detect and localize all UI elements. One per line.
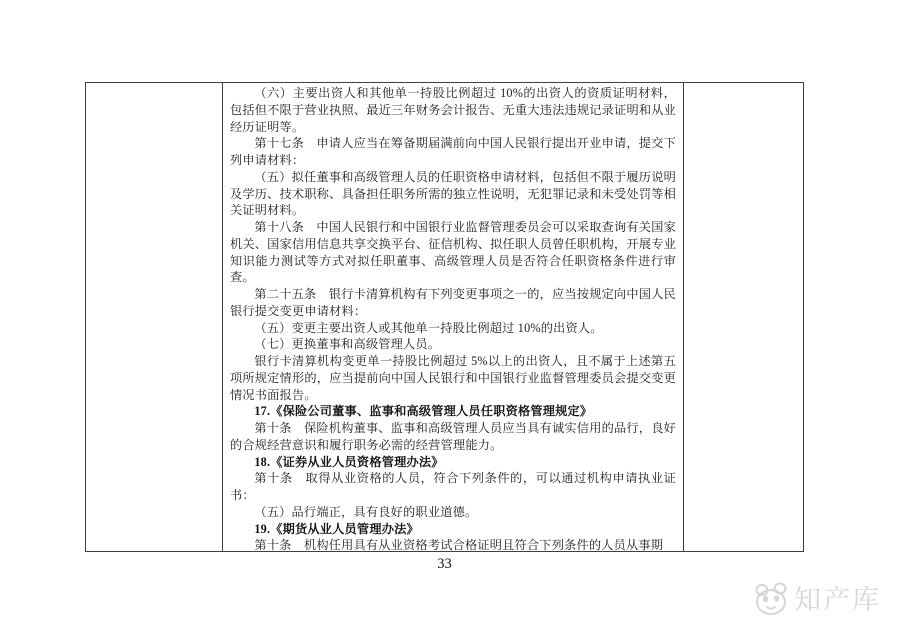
paragraph: 第十八条 中国人民银行和中国银行业监督管理委员会可以采取查询有关国家机关、国家信… (230, 219, 676, 286)
paragraph: （五）变更主要出资人或其他单一持股比例超过 10%的出资人。 (230, 320, 676, 337)
paragraph: （五）拟任董事和高级管理人员的任职资格申请材料，包括但不限于履历说明及学历、技术… (230, 169, 676, 219)
table-main-column: （六）主要出资人和其他单一持股比例超过 10%的出资人的资质证明材料，包括但不限… (223, 83, 684, 551)
page-number: 33 (85, 556, 804, 573)
paragraph: 第十条 取得从业资格的人员，符合下列条件的，可以通过机构申请执业证书： (230, 470, 676, 504)
watermark: 知产库 (751, 582, 881, 618)
panda-logo-icon (751, 582, 791, 618)
paragraph: 第十条 机构任用具有从业资格考试合格证明且符合下列条件的人员从事期 (230, 537, 676, 551)
paragraph: 18.《证券从业人员资格管理办法》 (230, 454, 676, 471)
paragraph: （五）品行端正，具有良好的职业道德。 (230, 504, 676, 521)
paragraph: （六）主要出资人和其他单一持股比例超过 10%的出资人的资质证明材料，包括但不限… (230, 85, 676, 135)
paragraph: 第十条 保险机构董事、监事和高级管理人员应当具有诚实信用的品行，良好的合规经营意… (230, 420, 676, 454)
table-left-column (86, 83, 223, 551)
paragraph: 银行卡清算机构变更单一持股比例超过 5%以上的出资人，且不属于上述第五项所规定情… (230, 353, 676, 403)
paragraph: 19.《期货从业人员管理办法》 (230, 521, 676, 538)
regulation-table: （六）主要出资人和其他单一持股比例超过 10%的出资人的资质证明材料，包括但不限… (85, 82, 804, 552)
paragraph: 第二十五条 银行卡清算机构有下列变更事项之一的，应当按规定向中国人民银行提交变更… (230, 286, 676, 320)
document-page: （六）主要出资人和其他单一持股比例超过 10%的出资人的资质证明材料，包括但不限… (0, 0, 900, 636)
paragraph: （七）更换董事和高级管理人员。 (230, 336, 676, 353)
watermark-label: 知产库 (794, 587, 881, 614)
table-right-column (684, 83, 803, 551)
paragraph: 第十七条 申请人应当在筹备期届满前向中国人民银行提出开业申请，提交下列申请材料： (230, 135, 676, 169)
paragraph: 17.《保险公司董事、监事和高级管理人员任职资格管理规定》 (230, 403, 676, 420)
